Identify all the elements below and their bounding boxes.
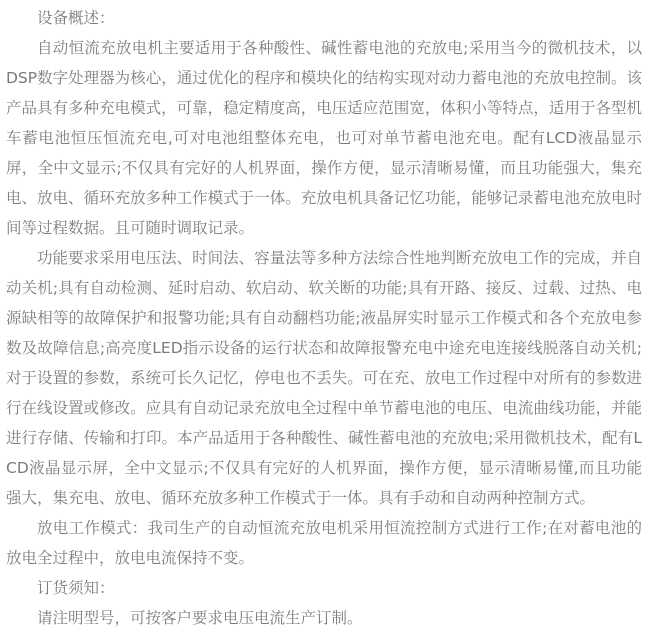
- paragraph-order-instructions: 请注明型号，可按客户要求电压电流生产订制。: [6, 603, 642, 633]
- paragraph-function-requirements: 功能要求采用电压法、时间法、容量法等多种方法综合性地判断充放电工作的完成，并自动…: [6, 243, 642, 513]
- paragraph-order-notes-heading: 订货须知：: [6, 573, 642, 603]
- document-page: 设备概述： 自动恒流充放电机主要适用于各种酸性、碱性蓄电池的充放电;采用当今的微…: [0, 0, 649, 638]
- document-body: 设备概述： 自动恒流充放电机主要适用于各种酸性、碱性蓄电池的充放电;采用当今的微…: [0, 0, 649, 633]
- paragraph-device-overview-heading: 设备概述：: [6, 3, 642, 33]
- paragraph-device-overview: 自动恒流充放电机主要适用于各种酸性、碱性蓄电池的充放电;采用当今的微机技术，以D…: [6, 33, 642, 243]
- paragraph-discharge-mode: 放电工作模式：我司生产的自动恒流充放电机采用恒流控制方式进行工作;在对蓄电池的放…: [6, 513, 642, 573]
